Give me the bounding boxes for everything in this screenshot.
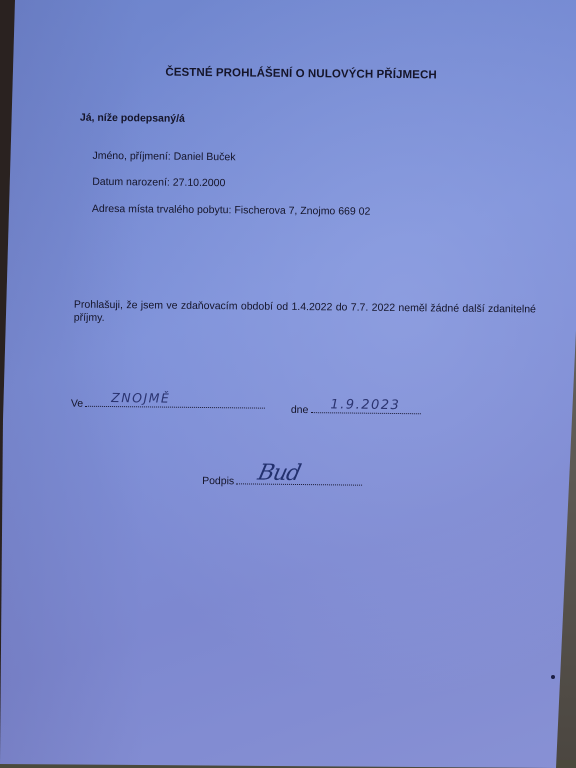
signature-dotted-line: Bud: [236, 473, 362, 485]
field-name-value: Daniel Buček: [174, 151, 236, 164]
signature-handwriting: Bud: [256, 461, 303, 486]
field-birthdate-label: Datum narození:: [92, 176, 170, 189]
date-label: dne: [291, 404, 309, 416]
field-address: Adresa místa trvalého pobytu: Fischerova…: [92, 203, 371, 218]
field-birthdate: Datum narození: 27.10.2000: [92, 176, 225, 189]
field-address-value: Fischerova 7, Znojmo 669 02: [234, 204, 370, 217]
date-line: dne 1.9.2023: [291, 402, 421, 417]
document-content: ČESTNÉ PROHLÁŠENÍ O NULOVÝCH PŘÍJMECH Já…: [0, 0, 576, 768]
ink-speck: [551, 675, 555, 679]
field-name-label: Jméno, příjmení:: [92, 150, 170, 163]
date-dotted-line: 1.9.2023: [310, 402, 420, 414]
signature-label: Podpis: [202, 475, 234, 487]
field-birthdate-value: 27.10.2000: [173, 177, 226, 190]
place-dotted-line: ZNOJMĚ: [85, 396, 265, 409]
paper-sheet: ČESTNÉ PROHLÁŠENÍ O NULOVÝCH PŘÍJMECH Já…: [0, 0, 576, 768]
place-label: Ve: [71, 398, 83, 410]
signature-line: Podpis Bud: [202, 473, 362, 489]
place-line: Ve ZNOJMĚ: [71, 396, 265, 412]
intro-line: Já, níže podepsaný/á: [80, 112, 185, 125]
date-handwriting: 1.9.2023: [330, 397, 400, 413]
declaration-text: Prohlašuji, že jsem ve zdaňovacím období…: [74, 299, 536, 330]
place-handwriting: ZNOJMĚ: [111, 390, 170, 406]
document-title: ČESTNÉ PROHLÁŠENÍ O NULOVÝCH PŘÍJMECH: [165, 67, 437, 82]
field-address-label: Adresa místa trvalého pobytu:: [92, 203, 232, 216]
field-name: Jméno, příjmení: Daniel Buček: [92, 150, 235, 163]
